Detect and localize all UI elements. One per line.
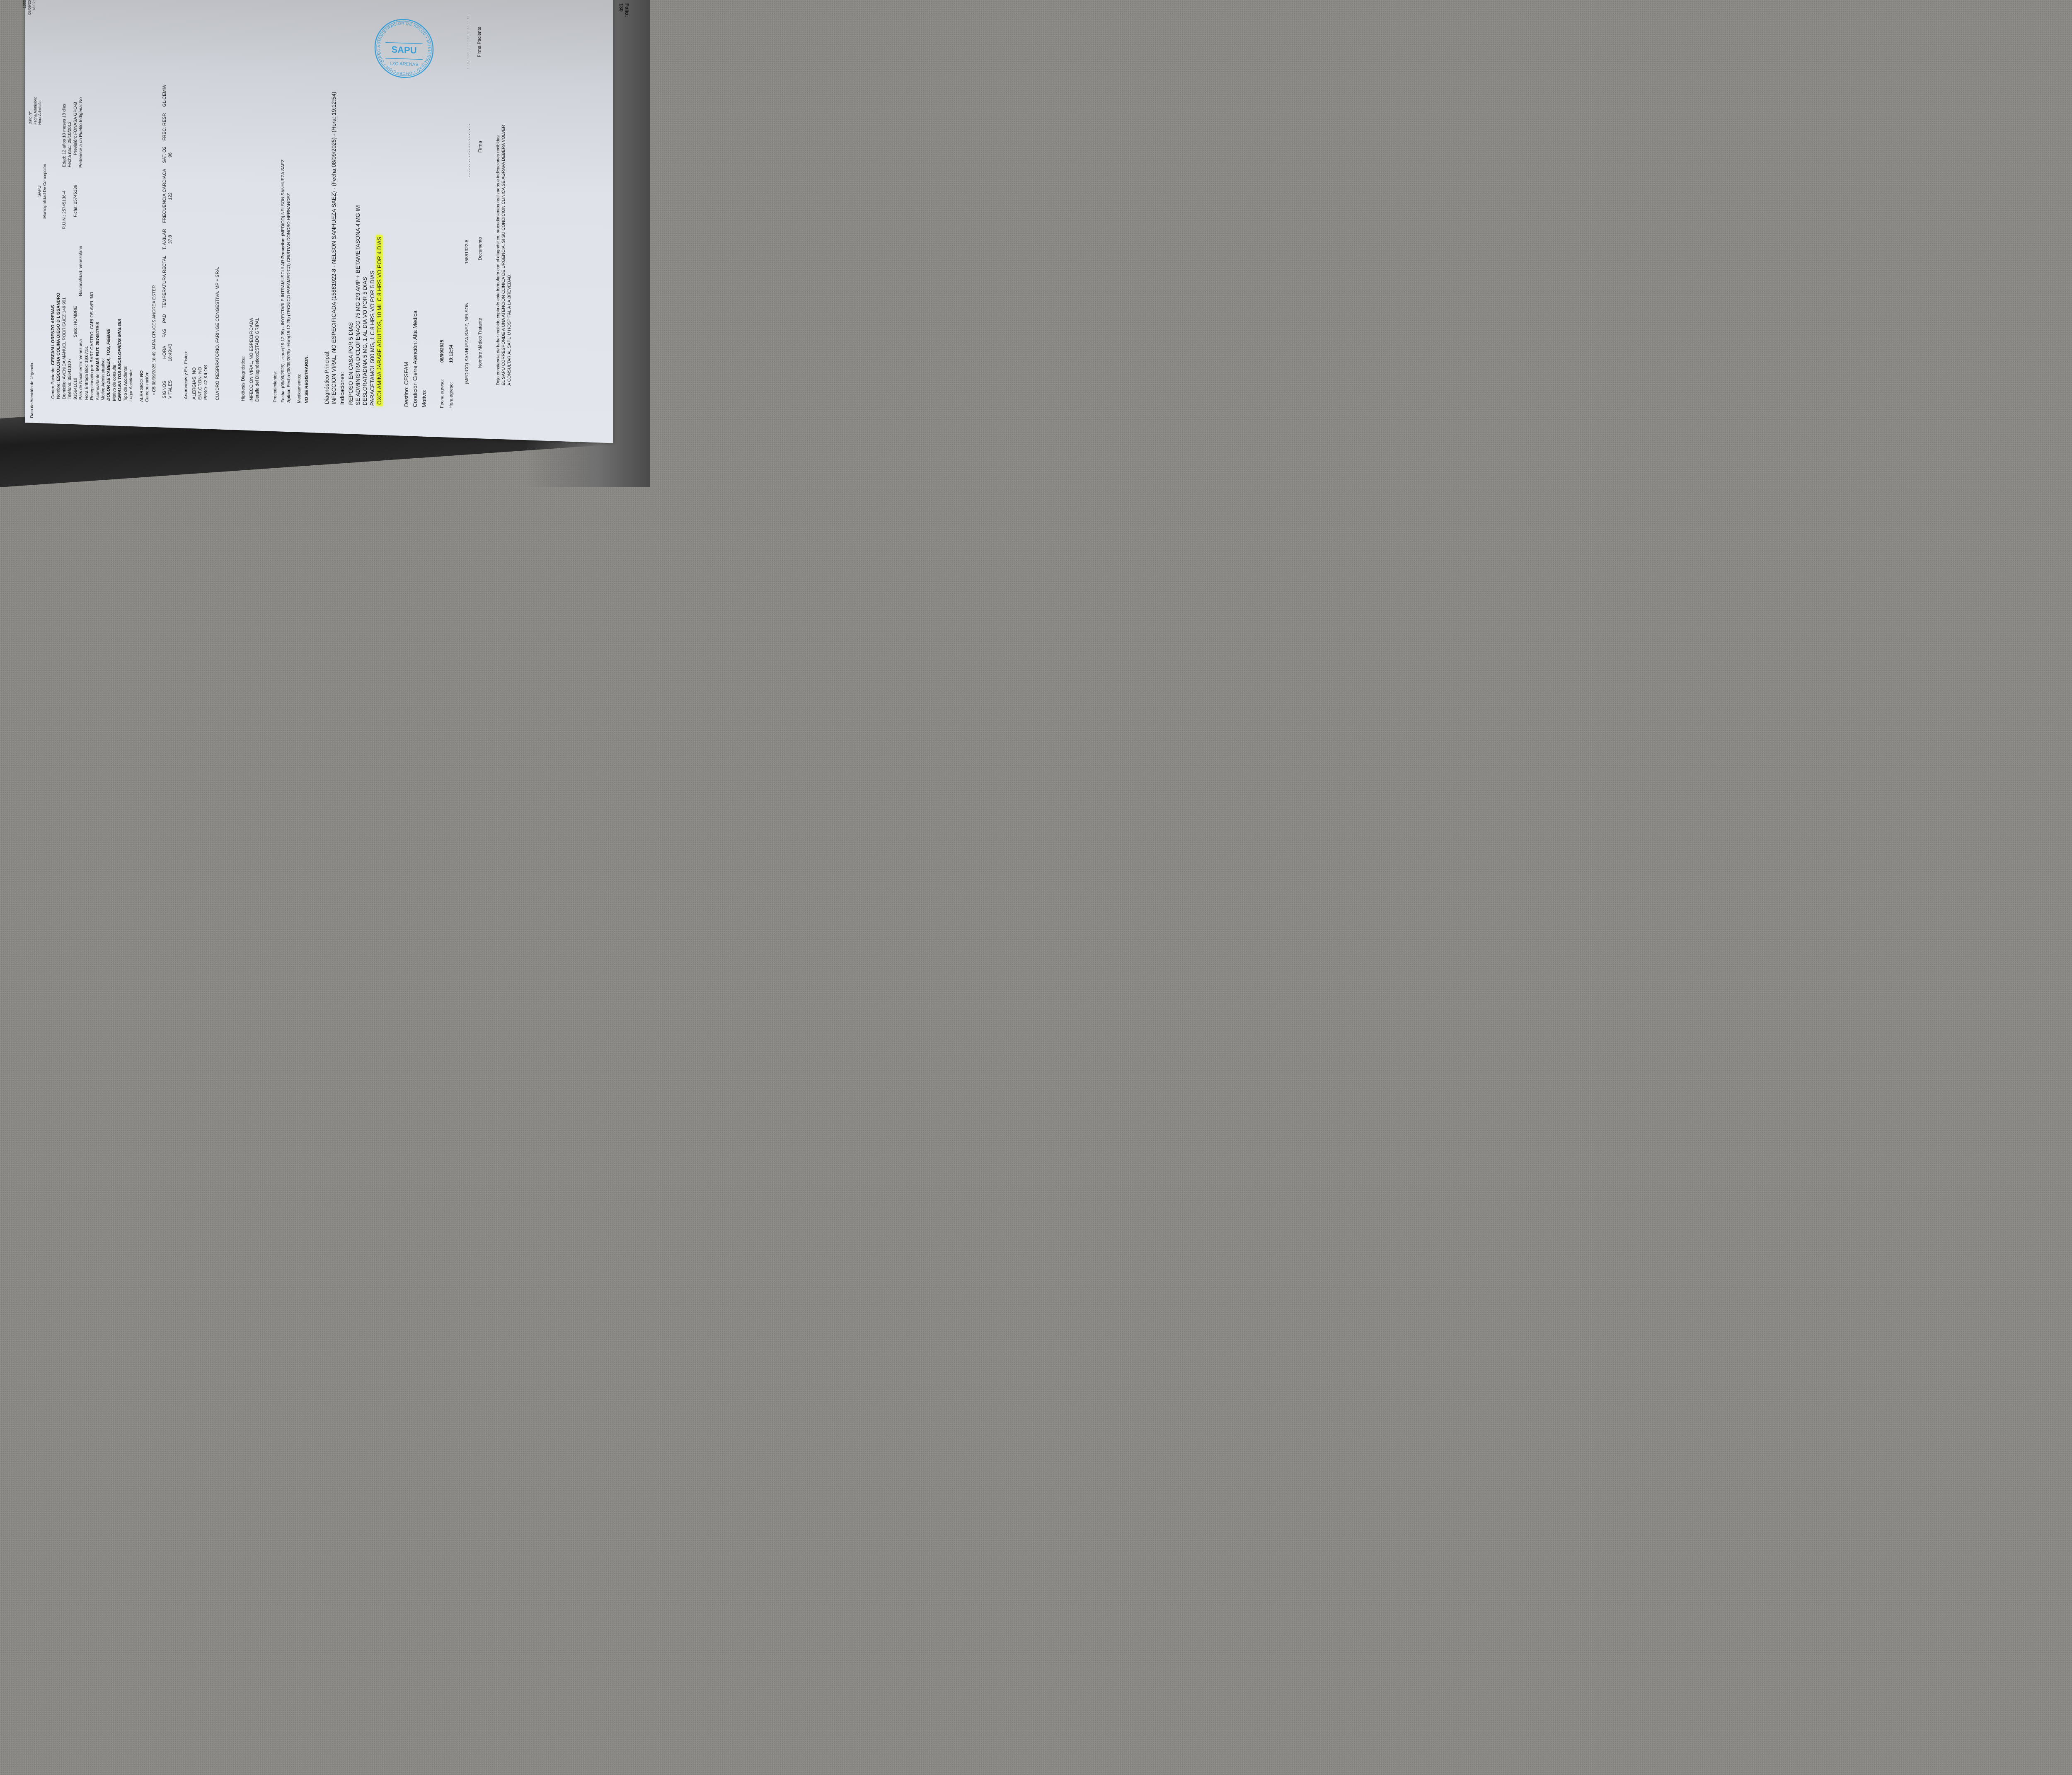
doctor-document: 15881922-8 (464, 239, 470, 264)
address: AVENIDA MANUEL RODRIGUEZ 140 901 (62, 297, 67, 379)
sex-value: HOMBRE (73, 306, 78, 325)
birthdate-value: 29/10/2012 (67, 121, 72, 143)
vital-sign-column: TEMPERATURA RECTAL (162, 255, 173, 308)
vital-sign-column: PAD (162, 314, 173, 324)
patient-signature-label: Firma Paciente (477, 27, 482, 57)
disclaimer-line: A CONSULTAR AL SAPU U HOSPITAL A LA BREV… (507, 125, 512, 386)
admin-reason-value: DOLOR DE CABEZA, TOS, FIEBRE (106, 0, 111, 401)
vital-sign-value (167, 329, 173, 338)
diagnosis-section: Diagnóstico Principal: INFECCION VIRAL, … (323, 91, 383, 406)
indication-line: DESLORATADINA 5 MG, 1 AL DIA VO POR 5 DI… (361, 93, 368, 406)
vital-sign-column: FRECUENCIA CARDIACA122 (162, 169, 173, 223)
medications-title: Medicamentos: (297, 160, 302, 403)
destination-value: CESFAM (403, 362, 409, 385)
vital-sign-value (167, 85, 173, 107)
vital-signs-table: SIGNOS VITALES HORA18:49:43PAS PAD TEMPE… (162, 17, 175, 399)
folio-number: Folio: 130 (618, 3, 630, 23)
phone-value-2: 935641010 (73, 377, 78, 399)
patient-signature-line: ................................ (464, 15, 470, 69)
hora-admision-value: 18:02:00 (32, 0, 37, 29)
received-by: BART CASTRO, CARLOS AVELINO (90, 292, 94, 363)
anamnesis-line: ALERGIAS: NO (191, 266, 197, 400)
sapu-stamp-icon: ADMINISTRACION DE SALUD • MUNICIPALIDAD … (373, 16, 435, 80)
category-code: C5 (152, 387, 157, 392)
discharge-date: 08/09/2025 (439, 340, 445, 363)
motive-label: Motivo: (421, 311, 428, 408)
vital-sign-column: SAT. O296 (162, 146, 173, 163)
procedures-section: Procedimientos: Fecha: (08/09/2025) - Ho… (273, 159, 310, 404)
country-value: Venezuela (78, 339, 83, 360)
disclaimer-line: Dejo constancia de haber recibido copia … (496, 125, 501, 385)
hora-admision-label: Hora Admisión: (38, 97, 43, 125)
phone-value: 35641010 / (67, 358, 72, 380)
consult-reason-value: CEFALEA TOS ESCALOFRÍOS MIALGIA (117, 0, 123, 401)
hypothesis-title: Hipótesis Diagnóstica: (240, 317, 246, 401)
fecha-admision-label: Fecha Admisión: (33, 97, 38, 125)
consult-reason-label: Motivo de consulta: (112, 0, 117, 401)
disclaimer: Dejo constancia de haber recibido copia … (496, 125, 512, 386)
vital-sign-column: GLICEMIA (162, 85, 173, 107)
allergic-value: NO (139, 370, 144, 377)
vital-sign-value: 18:49:43 (167, 343, 173, 361)
accident-type-label: Tipo de Accidente: (123, 0, 128, 401)
vital-sign-column: PAS (162, 329, 173, 338)
vital-sign-value: 96 (167, 147, 173, 164)
closure-section: Destino: CESFAM Condición Cierre Atenció… (403, 310, 428, 407)
discharge-info: Fecha egreso: 08/09/2025 Hora egreso: 19… (439, 2, 481, 409)
dato-label: Dato Nº : (28, 97, 33, 125)
discharge-time: 19:12:54 (448, 345, 454, 363)
prevision-value: FONASA GPO-B (73, 102, 78, 135)
indication-line: SE ADMINISTRA DICLOFENACO 75 MG 2/3 AMP … (354, 92, 361, 405)
categorization-label: Categorización: (145, 0, 150, 402)
centro-value: CESFAM LORENZO ARENAS (51, 305, 56, 365)
run-value: 25745136-4 (62, 191, 67, 214)
category-detail: 08/09/2025 18:49 JARA CRUCES ANDREA ESTE… (152, 285, 157, 385)
anamnesis-line: PESO: 42 KILOS (203, 266, 209, 400)
vital-sign-value (167, 314, 173, 323)
vital-sign-value: 37.8 (167, 229, 173, 250)
procedures-title: Procedimientos: (273, 159, 278, 402)
signature-label: Firma (477, 141, 483, 153)
vital-sign-value (167, 256, 173, 309)
vital-sign-value: 122 (167, 169, 173, 223)
hypothesis-value: INFECCION VIRAL, NO ESPECIFICADA (249, 317, 254, 401)
admin-reason-label: Motivo Administrativo: (101, 0, 106, 401)
doctor-name-label: Nombre Médico Tratante (477, 318, 483, 368)
svg-text:SAPU: SAPU (391, 44, 416, 56)
entry-time: 19:07:51 (84, 346, 89, 363)
accident-place-label: Lugar Accidente: (128, 0, 134, 401)
ficha-value: 25745136 (73, 185, 78, 204)
document-label: Documento (477, 237, 483, 261)
org-municipality: Municipalidad De Concepción (43, 0, 48, 407)
vital-sign-column: T. AXILAR37.8 (162, 229, 173, 250)
medications-value: NO SE REGISTRARON. (304, 160, 310, 404)
diagnosis-title: Diagnóstico Principal: (323, 91, 330, 404)
paper-document: Dato de Atención de Urgencia SAPU Munici… (25, 0, 613, 443)
anamnesis-title: Anamnesis y Ex. Fisico: (183, 266, 189, 399)
organization-header: SAPU Municipalidad De Concepción (37, 0, 48, 407)
form-title: Dato de Atención de Urgencia (30, 363, 35, 418)
indication-line: PARACETAMOL 500 MG, 1 C 8 HRS VO POR 5 D… (369, 93, 376, 406)
fecha-admision-value: 08/09/2025 (27, 0, 32, 29)
nationality-value: Venezolano (78, 246, 83, 268)
org-name: SAPU (37, 0, 43, 406)
highlighted-indication: OXOLAMINA JARABE ADULTOS, 10 ML C 8 HRS … (376, 235, 382, 406)
dato-value: 130062 (22, 0, 27, 29)
indications-title: Indicaciones: (339, 92, 346, 405)
admission-info: Dato Nº : Fecha Admisión: Hora Admisión:… (28, 97, 43, 125)
indigenous-value: No (78, 97, 83, 103)
condition-value: Alta Médica (412, 310, 418, 340)
anamnesis-line: ENF.CRON: NO (197, 266, 203, 400)
hypothesis-detail: Detalle del Diagnóstico:ESTADO GRIPAL (254, 318, 260, 402)
indication-line: REPOSO EN CASA POR 5 DIAS (347, 92, 354, 405)
patient-info: Centro Paciente: CESFAM LORENZO ARENAS N… (51, 0, 157, 402)
signature-line: ................................ (466, 123, 472, 177)
age-value: 12 años 10 meses 10 dias (62, 104, 67, 155)
patient-name: ESCOLCHA COLINA DIEGO D LISSANDRO (56, 293, 61, 381)
companion-value: MAMÁ RUT. 25745179-8 (95, 322, 100, 371)
diagnosis-value: INFECCION VIRAL, NO ESPECIFICADA (158819… (330, 92, 337, 404)
disclaimer-line: EL SAPU CORRESPONDE A UNA ATENCION CLINI… (501, 125, 506, 385)
svg-text:LZO ARENAS: LZO ARENAS (390, 61, 418, 67)
physical-exam: CUADRO RESPIRATORIO. FARINGE CONGESTIVA.… (215, 267, 220, 401)
doctor-name: (MEDICO) SANHUEZA SAEZ, NELSON (464, 302, 470, 384)
vital-sign-column: FREC. RESP. (162, 113, 173, 141)
vital-sign-value (167, 113, 173, 141)
hypothesis-section: Hipótesis Diagnóstica: INFECCION VIRAL, … (240, 317, 260, 402)
vital-sign-column: HORA18:49:43 (162, 343, 173, 362)
anamnesis-section: Anamnesis y Ex. Fisico: ALERGIAS: NO ENF… (183, 266, 220, 400)
